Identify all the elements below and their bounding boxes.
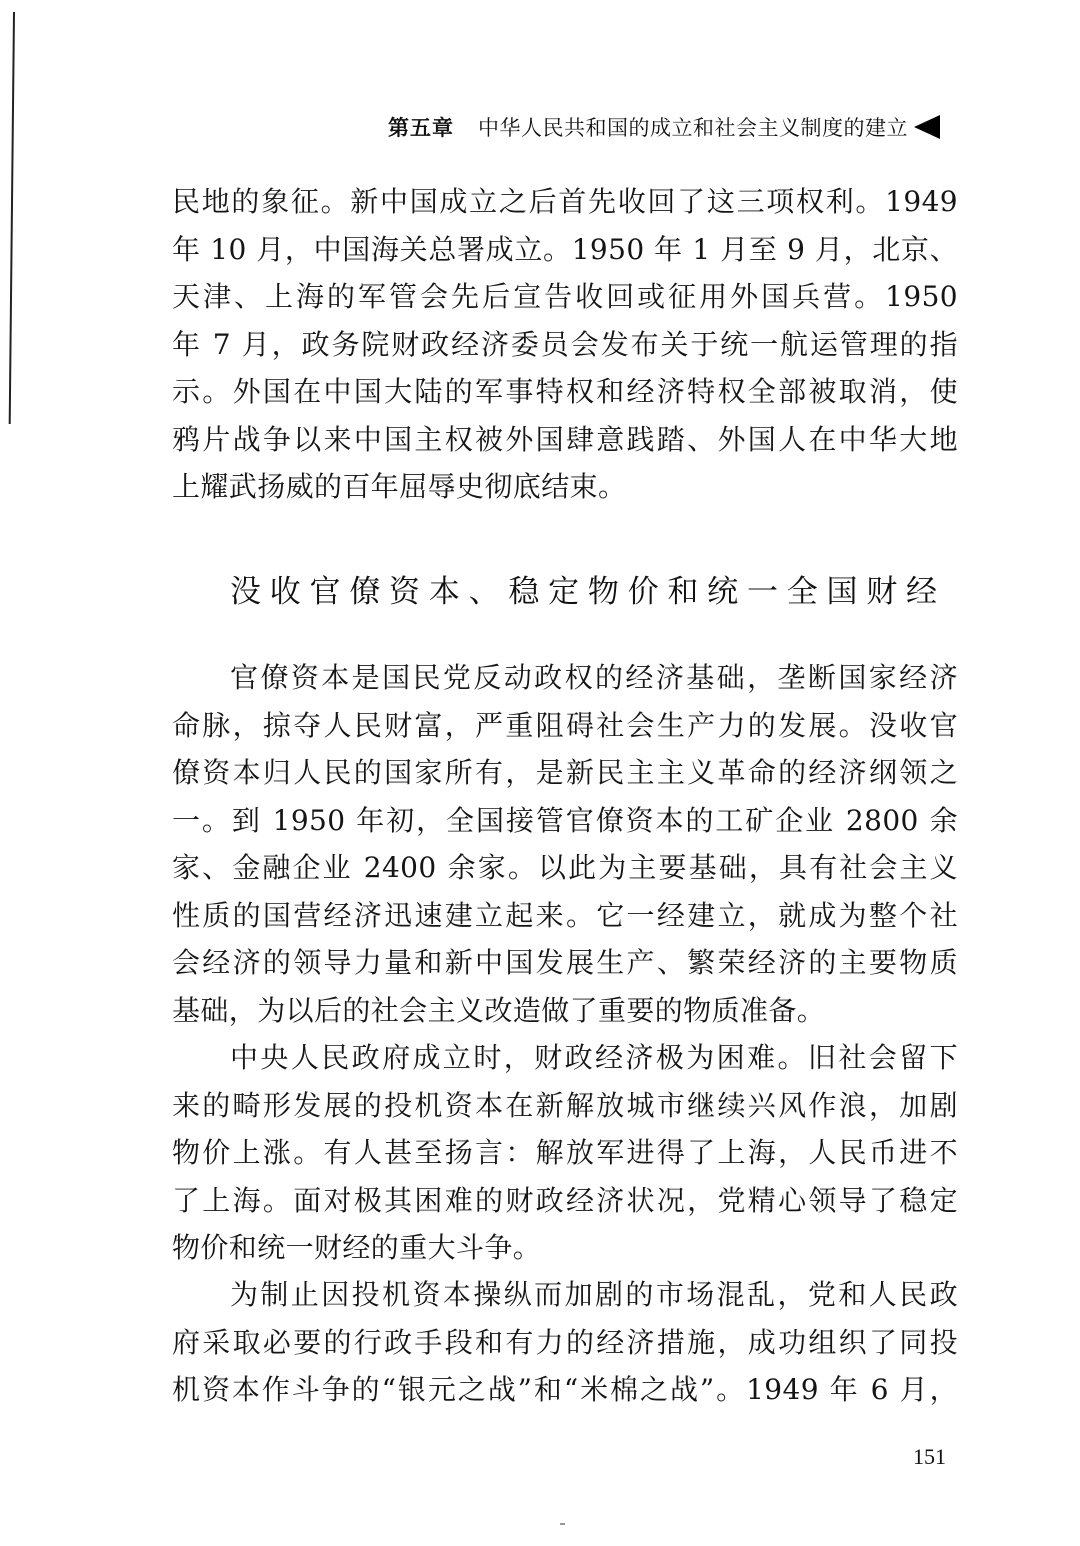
text-line: 物价上涨。有人甚至扬言：解放军进得了上海，人民币进不 (172, 1129, 958, 1177)
page-number: 151 (913, 1444, 946, 1470)
text-line: 基础，为以后的社会主义改造做了重要的物质准备。 (172, 987, 958, 1035)
text-line: 年 10 月，中国海关总署成立。1950 年 1 月至 9 月，北京、 (172, 226, 958, 274)
triangle-marker-icon (914, 115, 940, 139)
text-line: 物价和统一财经的重大斗争。 (172, 1224, 958, 1272)
text-line: 会经济的领导力量和新中国发展生产、繁荣经济的主要物质 (172, 939, 958, 987)
text-line: 僚资本归人民的国家所有，是新民主主义革命的经济纲领之 (172, 749, 958, 797)
text-line: 了上海。面对极其困难的财政经济状况，党精心领导了稳定 (172, 1177, 958, 1225)
text-line: 中央人民政府成立时，财政经济极为困难。旧社会留下 (172, 1034, 958, 1082)
text-line: 一。到 1950 年初，全国接管官僚资本的工矿企业 2800 余 (172, 797, 958, 845)
text-line: 鸦片战争以来中国主权被外国肆意践踏、外国人在中华大地 (172, 416, 958, 464)
paragraph-official-capital: 官僚资本是国民党反动政权的经济基础，垄断国家经济 命脉，掠夺人民财富，严重阻碍社… (172, 654, 958, 1034)
text-line: 府采取必要的行政手段和有力的经济措施，成功组织了同投 (172, 1319, 958, 1367)
binding-edge-line (9, 12, 15, 424)
text-line: 天津、上海的军管会先后宣告收回或征用外国兵营。1950 (172, 273, 958, 321)
text-line: 民地的象征。新中国成立之后首先收回了这三项权利。1949 (172, 178, 958, 226)
chapter-title: 中华人民共和国的成立和社会主义制度的建立 (478, 112, 908, 142)
text-line: 机资本作斗争的“银元之战”和“米棉之战”。1949 年 6 月， (172, 1366, 958, 1414)
scan-speck (560, 1523, 565, 1525)
paragraph-fiscal-difficulty: 中央人民政府成立时，财政经济极为困难。旧社会留下 来的畸形发展的投机资本在新解放… (172, 1034, 958, 1272)
running-header: 第五章 中华人民共和国的成立和社会主义制度的建立 (388, 110, 988, 144)
text-line: 来的畸形发展的投机资本在新解放城市继续兴风作浪，加剧 (172, 1082, 958, 1130)
text-line: 年 7 月，政务院财政经济委员会发布关于统一航运管理的指 (172, 321, 958, 369)
paragraph-speculation-battle: 为制止因投机资本操纵而加剧的市场混乱，党和人民政 府采取必要的行政手段和有力的经… (172, 1271, 958, 1414)
text-line: 命脉，掠夺人民财富，严重阻碍社会生产力的发展。没收官 (172, 702, 958, 750)
text-line: 为制止因投机资本操纵而加剧的市场混乱，党和人民政 (172, 1271, 958, 1319)
text-line: 官僚资本是国民党反动政权的经济基础，垄断国家经济 (172, 654, 958, 702)
text-line: 上耀武扬威的百年屈辱史彻底结束。 (172, 463, 958, 511)
paragraph-continued: 民地的象征。新中国成立之后首先收回了这三项权利。1949 年 10 月，中国海关… (172, 178, 958, 511)
text-line: 示。外国在中国大陆的军事特权和经济特权全部被取消，使 (172, 368, 958, 416)
chapter-label: 第五章 (388, 112, 454, 142)
section-heading: 没收官僚资本、稳定物价和统一全国财经 (230, 566, 940, 611)
text-line: 性质的国营经济迅速建立起来。它一经建立，就成为整个社 (172, 892, 958, 940)
text-line: 家、金融企业 2400 余家。以此为主要基础，具有社会主义 (172, 844, 958, 892)
